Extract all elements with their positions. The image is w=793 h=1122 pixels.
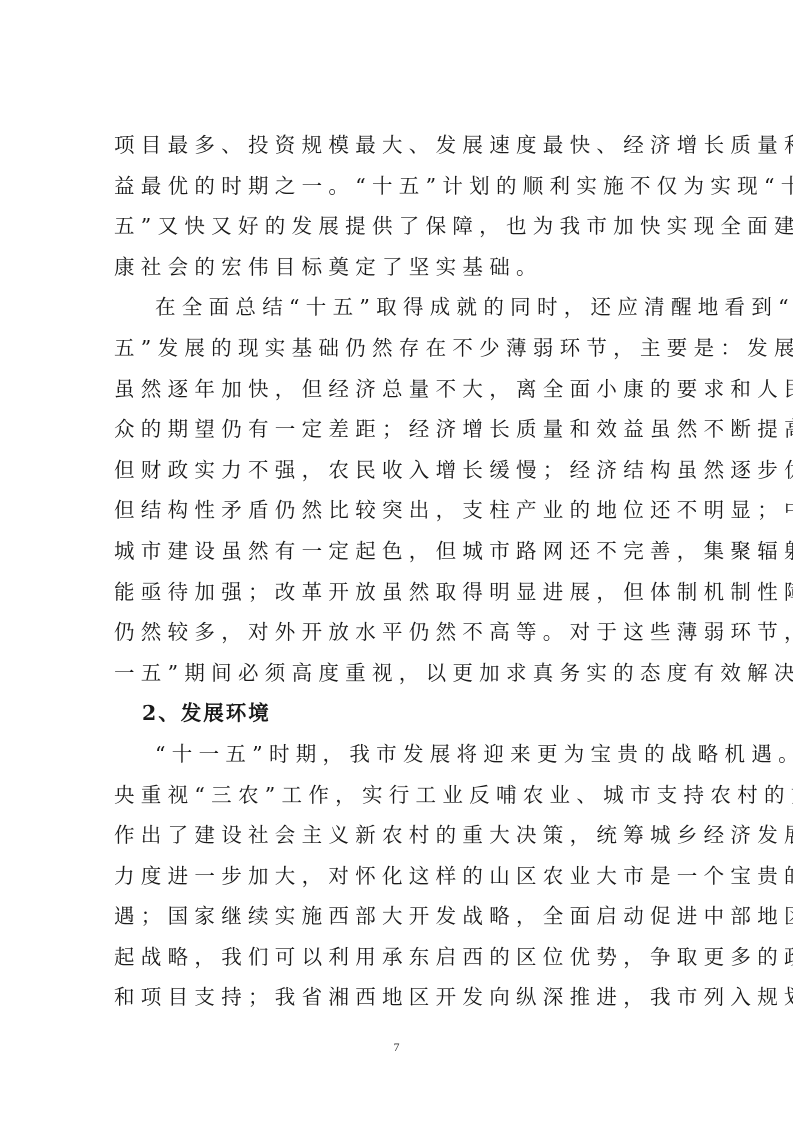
document-page: 项目最多、投资规模最大、发展速度最快、经济增长质量和效 益最优的时期之一。“十五… bbox=[0, 0, 793, 1122]
text-line: 益最优的时期之一。“十五”计划的顺利实施不仅为实现“十一 bbox=[114, 166, 694, 207]
text-line: 城市建设虽然有一定起色，但城市路网还不完善，集聚辐射功 bbox=[114, 531, 694, 572]
text-line: 但财政实力不强，农民收入增长缓慢；经济结构虽然逐步优化， bbox=[114, 450, 694, 491]
body-text: 项目最多、投资规模最大、发展速度最快、经济增长质量和效 益最优的时期之一。“十五… bbox=[114, 125, 694, 1018]
text-line: 众的期望仍有一定差距；经济增长质量和效益虽然不断提高， bbox=[114, 409, 694, 450]
text-line: 项目最多、投资规模最大、发展速度最快、经济增长质量和效 bbox=[114, 125, 694, 166]
text-line: 五”又快又好的发展提供了保障，也为我市加快实现全面建设小 bbox=[114, 206, 694, 247]
text-line: 在全面总结“十五”取得成就的同时，还应清醒地看到“十一 bbox=[114, 287, 694, 328]
text-line: 起战略，我们可以利用承东启西的区位优势，争取更多的政策 bbox=[114, 937, 694, 978]
text-line: 仍然较多，对外开放水平仍然不高等。对于这些薄弱环节，“十 bbox=[114, 612, 694, 653]
text-line: 虽然逐年加快，但经济总量不大，离全面小康的要求和人民群 bbox=[114, 369, 694, 410]
text-line: 五”发展的现实基础仍然存在不少薄弱环节，主要是：发展速度 bbox=[114, 328, 694, 369]
text-line: 能亟待加强；改革开放虽然取得明显进展，但体制机制性障碍 bbox=[114, 572, 694, 613]
text-line: 作出了建设社会主义新农村的重大决策，统筹城乡经济发展的 bbox=[114, 815, 694, 856]
page-number: 7 bbox=[0, 1040, 793, 1055]
text-line: 但结构性矛盾仍然比较突出，支柱产业的地位还不明显；中心 bbox=[114, 490, 694, 531]
text-line: 央重视“三农”工作，实行工业反哺农业、城市支持农村的方针， bbox=[114, 775, 694, 816]
text-line: 一五”期间必须高度重视，以更加求真务实的态度有效解决。 bbox=[114, 653, 694, 694]
text-line: 康社会的宏伟目标奠定了坚实基础。 bbox=[114, 247, 694, 288]
section-heading: 2、发展环境 bbox=[114, 693, 694, 734]
text-line: 力度进一步加大，对怀化这样的山区农业大市是一个宝贵的机 bbox=[114, 856, 694, 897]
text-line: 遇；国家继续实施西部大开发战略，全面启动促进中部地区崛 bbox=[114, 896, 694, 937]
text-line: 和项目支持；我省湘西地区开发向纵深推进，我市列入规划的 bbox=[114, 977, 694, 1018]
text-line: “十一五”时期，我市发展将迎来更为宝贵的战略机遇。中 bbox=[114, 734, 694, 775]
